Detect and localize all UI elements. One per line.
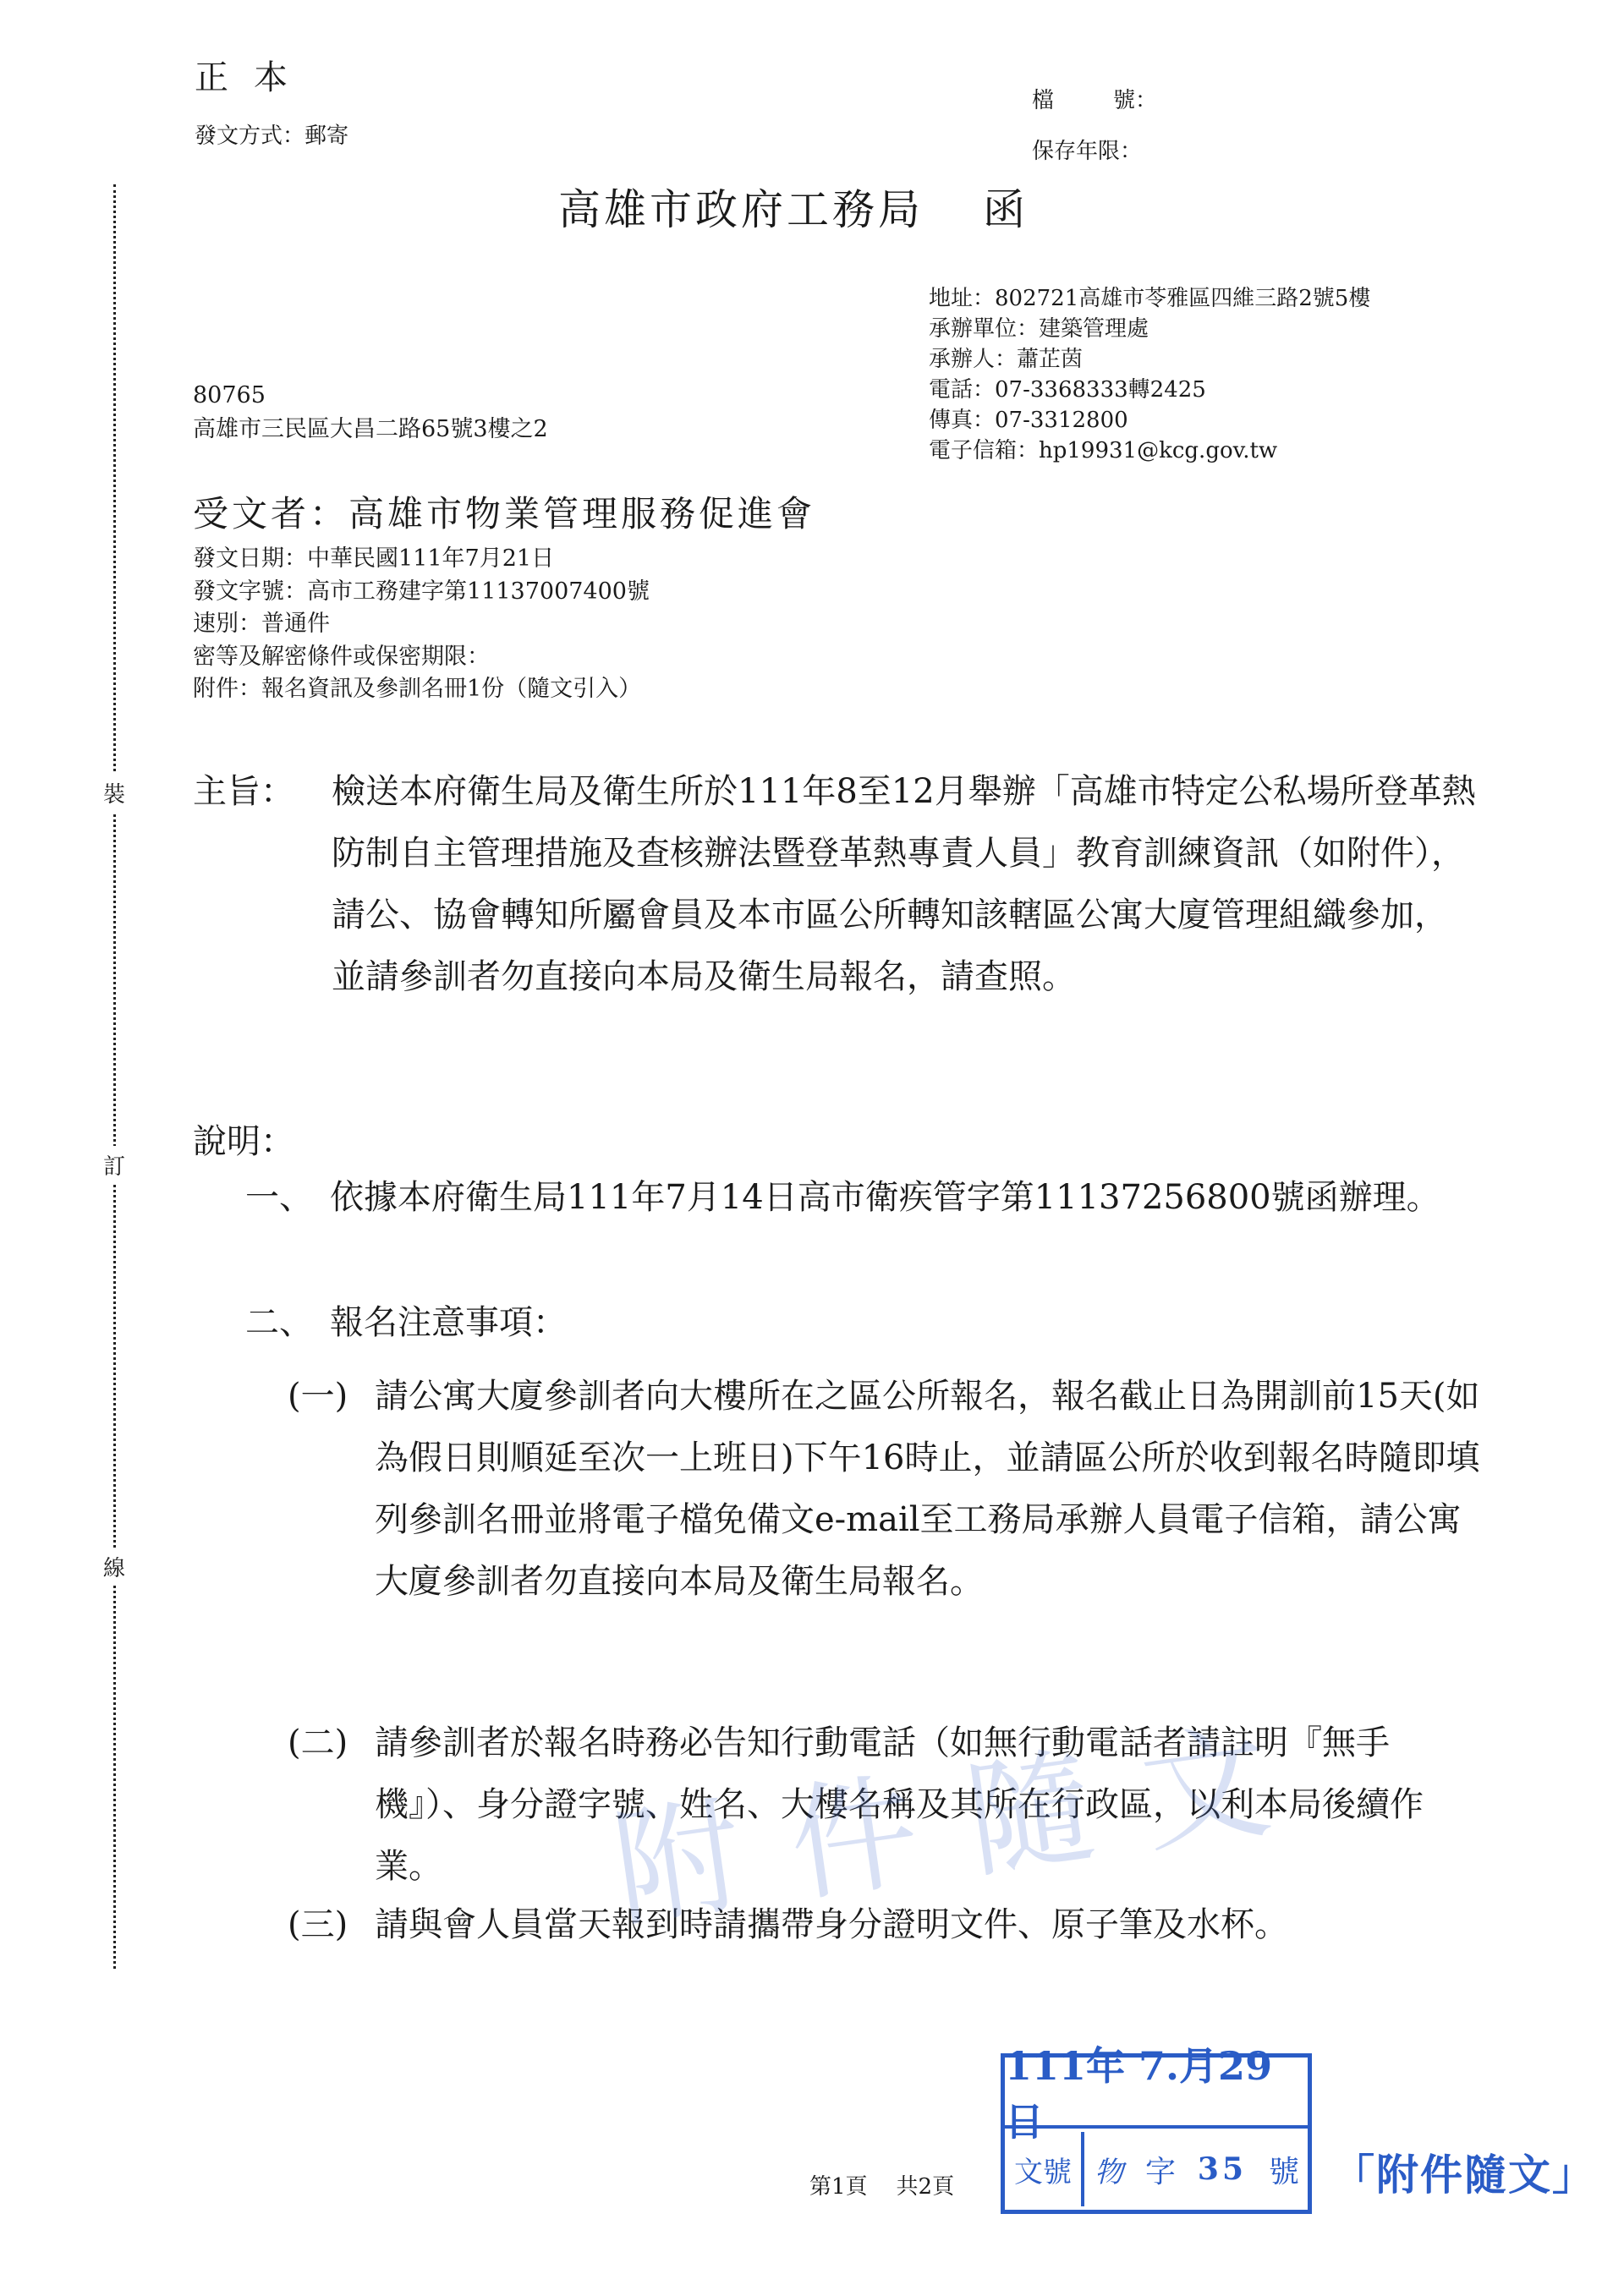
subitem-text: 請公寓大廈參訓者向大樓所在之區公所報名，報名截止日為開訓前15天(如為假日則順延… <box>288 1366 1480 1613</box>
send-method: 發文方式：郵寄 <box>195 118 348 150</box>
recipient: 受文者：高雄市物業管理服務促進會 <box>193 486 815 537</box>
stamp-docno-value: 物 字 35 號 <box>1086 2132 1308 2206</box>
stamp-docno-number: 35 <box>1198 2151 1247 2187</box>
subject-text: 檢送本府衛生局及衛生所於111年8至12月舉辦「高雄市特定公私場所登革熱防制自主… <box>193 761 1479 1008</box>
secrecy-level: 密等及解密條件或保密期限： <box>193 641 650 674</box>
explanation-label: 說明： <box>193 1115 294 1163</box>
phone: 電話：07-3368333轉2425 <box>929 375 1370 405</box>
stamp-docno-label: 文號 <box>1005 2132 1084 2206</box>
subitem-text: 請參訓者於報名時務必告知行動電話（如無行動電話者請註明『無手機』）、身分證字號、… <box>288 1712 1480 1898</box>
handling-unit: 承辦單位：建築管理處 <box>929 314 1370 344</box>
recipient-mailing-address: 80765 高雄市三民區大昌二路65號3樓之2 <box>193 379 548 447</box>
file-number-label-a: 檔 <box>1032 88 1054 113</box>
email: 電子信箱：hp19931@kcg.gov.tw <box>929 436 1370 466</box>
retention-period-field: 保存年限： <box>1032 134 1142 165</box>
binding-label-ding: 訂 <box>103 1146 125 1184</box>
explanation-subitem-1: (一) 請公寓大廈參訓者向大樓所在之區公所報名，報名截止日為開訓前15天(如為假… <box>288 1366 1480 1613</box>
subject-section: 主旨： 檢送本府衛生局及衛生所於111年8至12月舉辦「高雄市特定公私場所登革熱… <box>193 761 1479 1008</box>
document-number: 發文字號：高市工務建字第11137007400號 <box>193 576 650 609</box>
explanation-item-2: 二、 報名注意事項： <box>245 1292 1480 1354</box>
explanation-item-1: 一、 依據本府衛生局111年7月14日高市衛疾管字第11137256800號函辦… <box>245 1167 1480 1229</box>
stamp-docno-suffix: 號 <box>1269 2148 1299 2191</box>
file-number-label-b: 號： <box>1113 88 1157 113</box>
page-footer: 第1頁共2頁 <box>809 2169 954 2200</box>
handler-name: 承辦人：蕭芷茵 <box>929 344 1370 375</box>
fax: 傳真：07-3312800 <box>929 405 1370 436</box>
delivery-speed: 速別：普通件 <box>193 608 650 641</box>
attachment-follows-stamp: 「附件隨文」 <box>1332 2141 1596 2202</box>
sender-contact-block: 地址：802721高雄市苓雅區四維三路2號5樓 承辦單位：建築管理處 承辦人：蕭… <box>929 283 1370 466</box>
sender-address: 地址：802721高雄市苓雅區四維三路2號5樓 <box>929 283 1370 314</box>
explanation-subitem-2: (二) 請參訓者於報名時務必告知行動電話（如無行動電話者請註明『無手機』）、身分… <box>288 1712 1480 1898</box>
page-total: 共2頁 <box>897 2174 955 2200</box>
received-date-stamp: 111年 7.月29日 文號 物 字 35 號 <box>1001 2053 1312 2214</box>
copy-type: 正本 <box>195 51 313 99</box>
issue-date: 發文日期：中華民國111年7月21日 <box>193 543 650 576</box>
document-meta: 發文日期：中華民國111年7月21日 發文字號：高市工務建字第111370074… <box>193 543 650 706</box>
attachment-info: 附件：報名資訊及參訓名冊1份（隨文引入） <box>193 673 650 706</box>
item-number: 二、 <box>245 1292 313 1354</box>
recipient-street-address: 高雄市三民區大昌二路65號3樓之2 <box>193 413 548 447</box>
issuer-name: 高雄市政府工務局 <box>558 185 924 234</box>
document-kind: 函 <box>983 185 1029 234</box>
recipient-postal-code: 80765 <box>193 379 548 413</box>
binding-label-xian: 線 <box>103 1548 125 1586</box>
stamp-docno-word: 字 <box>1145 2148 1176 2191</box>
subject-label: 主旨： <box>193 761 294 823</box>
item-text: 報名注意事項： <box>245 1292 1480 1354</box>
document-title: 高雄市政府工務局函 <box>558 176 1029 237</box>
item-text: 依據本府衛生局111年7月14日高市衛疾管字第11137256800號函辦理。 <box>245 1167 1480 1229</box>
file-number-field: 檔號： <box>1032 83 1157 114</box>
binding-label-zhuang: 裝 <box>103 774 125 812</box>
explanation-subitem-3: (三) 請與會人員當天報到時請攜帶身分證明文件、原子筆及水杯。 <box>288 1894 1480 1956</box>
subitem-number: (二) <box>288 1712 348 1774</box>
subitem-text: 請與會人員當天報到時請攜帶身分證明文件、原子筆及水杯。 <box>288 1894 1480 1956</box>
subitem-number: (一) <box>288 1366 348 1427</box>
stamp-docno-prefix: 物 <box>1095 2149 1123 2190</box>
page-current: 第1頁 <box>809 2174 868 2200</box>
stamp-date: 111年 7.月29日 <box>1005 2058 1308 2129</box>
item-number: 一、 <box>245 1167 313 1229</box>
subitem-number: (三) <box>288 1894 348 1956</box>
binding-dotted-line <box>113 184 116 1969</box>
